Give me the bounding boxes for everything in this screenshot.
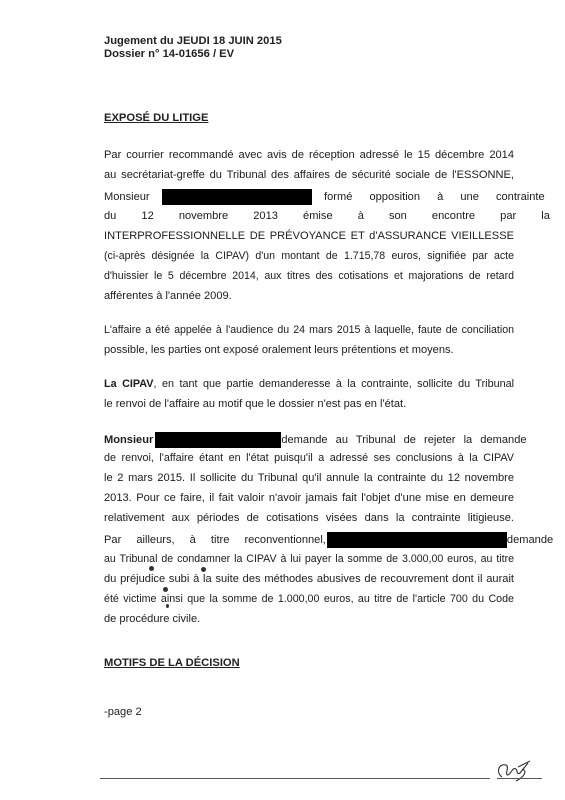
text-line: du 12 novembre 2013 émise à son encontre… [104, 210, 514, 222]
document-header: Jugement du JEUDI 18 JUIN 2015 Dossier n… [104, 35, 282, 61]
redaction-block [155, 432, 281, 448]
text-line: Par courrier recommandé avec avis de réc… [104, 149, 514, 161]
text-fragment: formé opposition à une contrainte [324, 191, 514, 203]
section-title-expose: EXPOSÉ DU LITIGE [104, 112, 208, 124]
text-fragment: demande [507, 534, 553, 546]
text-line: été victime ainsi que la somme de 1.000,… [104, 593, 514, 605]
text-line: INTERPROFESSIONNELLE DE PRÉVOYANCE ET d'… [104, 230, 514, 242]
text-line: possible, les parties ont exposé oraleme… [104, 344, 514, 356]
scan-speck [201, 567, 206, 572]
text-line: Monsieur formé opposition à une contrain… [104, 189, 514, 205]
redaction-block [162, 189, 312, 205]
page-number: -page 2 [104, 706, 142, 718]
text-line: La CIPAV, en tant que partie demanderess… [104, 378, 514, 390]
scan-speck [149, 566, 154, 571]
text-line: 2013. Pour ce faire, il fait valoir n'av… [104, 492, 514, 504]
text-line: du préjudice subi à la suite des méthode… [104, 573, 514, 585]
text-line: au Tribunal de condamner la CIPAV à lui … [104, 553, 514, 565]
text-line: afférentes à l'année 2009. [104, 290, 514, 302]
text-line: d'huissier le 5 décembre 2014, aux titre… [104, 270, 514, 282]
text-fragment: Monsieur [104, 434, 153, 446]
redaction-block [327, 532, 507, 548]
judgment-date: Jugement du JEUDI 18 JUIN 2015 [104, 35, 282, 48]
text-fragment: , en tant que partie demanderesse à la c… [153, 378, 514, 390]
case-number: Dossier n° 14-01656 / EV [104, 48, 282, 61]
text-line: le renvoi de l'affaire au motif que le d… [104, 398, 514, 410]
document-page: Jugement du JEUDI 18 JUIN 2015 Dossier n… [0, 0, 565, 800]
section-title-motifs: MOTIFS DE LA DÉCISION [104, 657, 240, 669]
text-line: Par ailleurs, à titre reconventionnel, d… [104, 532, 514, 548]
text-line: (ci-après désignée la CIPAV) d'un montan… [104, 250, 514, 262]
party-name: La CIPAV [104, 378, 153, 390]
footer-rule [100, 778, 490, 779]
scan-speck [166, 604, 169, 608]
text-fragment: Par ailleurs, à titre reconventionnel, [104, 534, 326, 546]
text-line: de procédure civile. [104, 613, 514, 625]
text-line: L'affaire a été appelée à l'audience du … [104, 324, 514, 336]
scan-speck [163, 587, 168, 592]
text-line: le 2 mars 2015. Il sollicite du Tribunal… [104, 472, 514, 484]
text-line: de renvoi, l'affaire étant en l'état pui… [104, 452, 514, 464]
footer-rule [497, 778, 542, 779]
text-fragment: demande au Tribunal de rejeter la demand… [281, 434, 526, 446]
signature-icon [494, 755, 534, 785]
text-line: au secrétariat-greffe du Tribunal des af… [104, 169, 514, 181]
text-line: relativement aux périodes de cotisations… [104, 512, 514, 524]
text-line: Monsieur demande au Tribunal de rejeter … [104, 432, 514, 448]
text-fragment: Monsieur [104, 191, 150, 203]
